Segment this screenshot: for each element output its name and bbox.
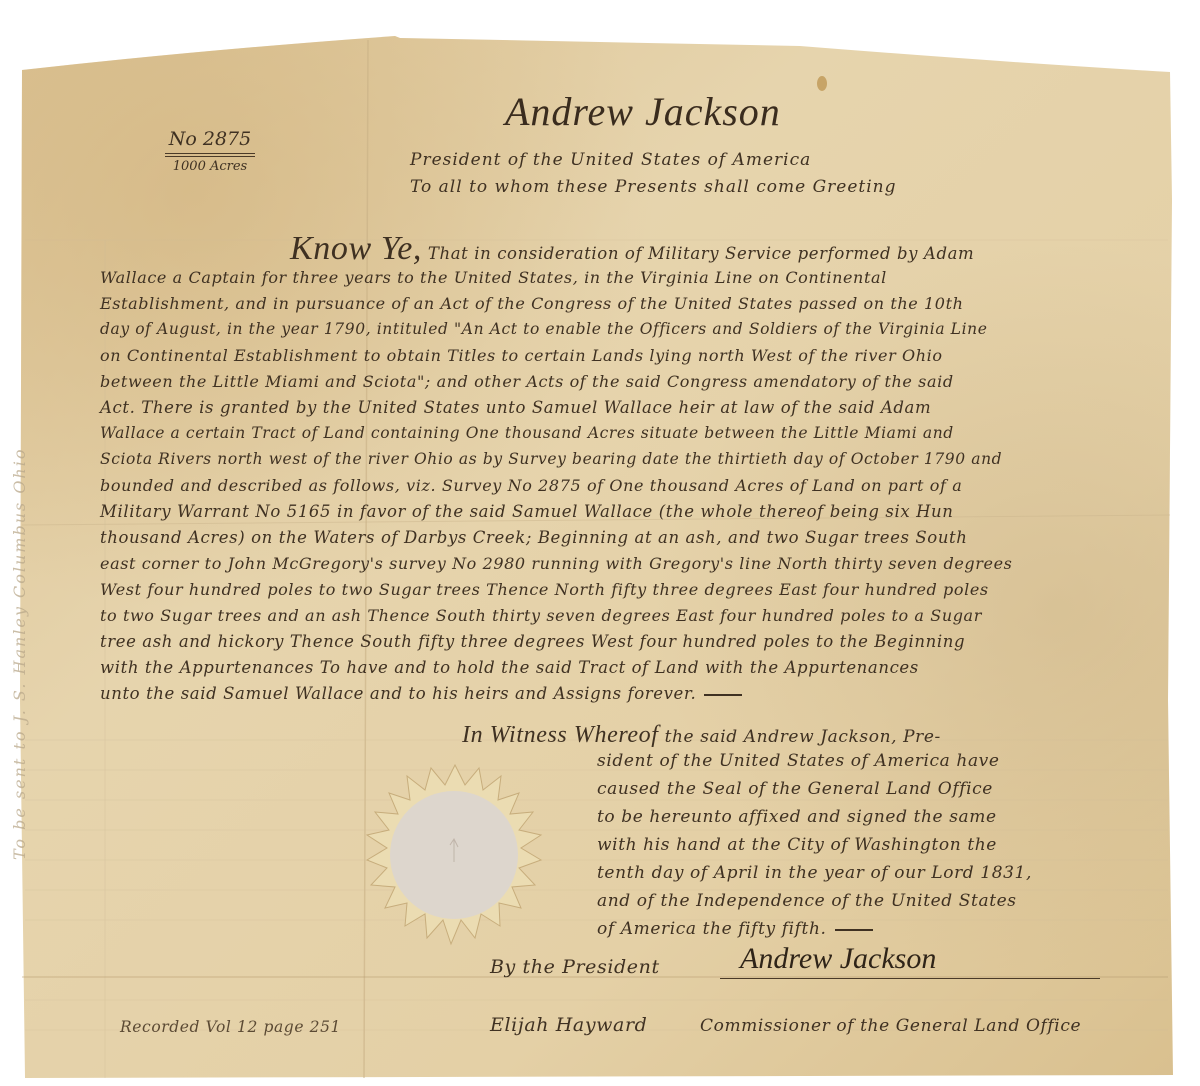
president-signature: Andrew Jackson [740, 942, 936, 976]
testimonium-line-6: and of the Independence of the United St… [597, 891, 1017, 911]
know-ye-opening: Know Ye, [290, 230, 422, 267]
testimonium-line-3: to be hereunto affixed and signed the sa… [597, 807, 997, 827]
testimonium-line-2: caused the Seal of the General Land Offi… [597, 779, 993, 799]
closing-flourish [704, 694, 742, 696]
body-line-6: Act. There is granted by the United Stat… [100, 398, 931, 417]
body-line-11: thousand Acres) on the Waters of Darbys … [100, 528, 968, 547]
body-line-12: east corner to John McGregory's survey N… [100, 554, 1012, 573]
patent-acres: 1000 Acres [165, 159, 255, 174]
greeting-line: To all to whom these Presents shall come… [410, 177, 897, 197]
body-line-0: Know Ye, That in consideration of Milita… [290, 230, 974, 268]
body-line-7: Wallace a certain Tract of Land containi… [100, 424, 954, 442]
commissioner-name: Elijah Hayward [490, 1014, 647, 1036]
president-name-heading: Andrew Jackson [505, 88, 781, 135]
patent-number-block: No 2875 1000 Acres [165, 128, 255, 174]
body-line-5: between the Little Miami and Sciota"; an… [100, 372, 954, 391]
document-sheet: No 2875 1000 Acres Andrew Jackson Presid… [0, 0, 1200, 1086]
margin-note: To be sent to J. S. Hanley Columbus Ohio [10, 448, 29, 861]
body-line-4: on Continental Establishment to obtain T… [100, 346, 943, 365]
president-title-line: President of the United States of Americ… [410, 150, 811, 170]
testimonium-line-5: tenth day of April in the year of our Lo… [597, 863, 1032, 883]
seal-icon [355, 760, 555, 950]
document-content: No 2875 1000 Acres Andrew Jackson Presid… [0, 0, 1200, 1086]
number-rule [165, 153, 255, 157]
body-line-13: West four hundred poles to two Sugar tre… [100, 580, 989, 599]
signature-underline [720, 978, 1100, 979]
patent-number: No 2875 [165, 128, 255, 150]
body-line-17: unto the said Samuel Wallace and to his … [100, 684, 742, 703]
body-line-1: Wallace a Captain for three years to the… [100, 268, 887, 287]
commissioner-title: Commissioner of the General Land Office [700, 1016, 1081, 1036]
body-line-16: with the Appurtenances To have and to ho… [100, 658, 919, 677]
testimonium-line-0: In Witness Whereof the said Andrew Jacks… [462, 722, 941, 749]
body-line-8: Sciota Rivers north west of the river Oh… [100, 450, 1002, 468]
body-line-15: tree ash and hickory Thence South fifty … [100, 632, 965, 651]
in-witness-opening: In Witness Whereof [462, 722, 659, 748]
body-line-2: Establishment, and in pursuance of an Ac… [100, 294, 964, 313]
body-line-3: day of August, in the year 1790, intitul… [100, 320, 988, 338]
testimonium-flourish [835, 929, 873, 931]
testimonium-line-1: sident of the United States of America h… [597, 751, 1000, 771]
body-line-14: to two Sugar trees and an ash Thence Sou… [100, 606, 982, 625]
body-line-10: Military Warrant No 5165 in favor of the… [100, 502, 954, 521]
testimonium-line-7: of America the fifty fifth. [597, 919, 873, 939]
body-line-9: bounded and described as follows, viz. S… [100, 476, 962, 495]
recorded-note: Recorded Vol 12 page 251 [120, 1018, 341, 1036]
testimonium-line-4: with his hand at the City of Washington … [597, 835, 997, 855]
by-the-president: By the President [490, 956, 660, 978]
